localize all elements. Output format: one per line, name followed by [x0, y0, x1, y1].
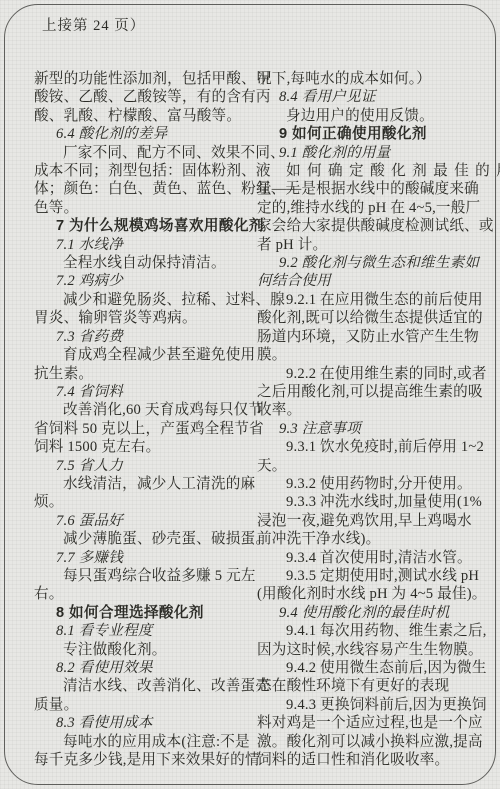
- text-line: 8.1 看专业程度: [34, 622, 243, 640]
- text-line: 8.4 看用户见证: [257, 88, 466, 106]
- text-line: 9.4 使用酸化剂的最佳时机: [257, 604, 466, 622]
- text-line: 9.3.4 首次使用时,清洁水管。: [257, 549, 466, 567]
- text-line: 酸化剂,既可以给微生态提供适宜的: [257, 309, 466, 327]
- text-line: 每吨水的应用成本(注意:不是: [34, 733, 243, 751]
- text-line: 9.1 酸化剂的用量: [257, 144, 466, 162]
- text-line: 况下,每吨水的成本如何。）: [257, 70, 466, 88]
- text-line: 9 如何正确使用酸化剂: [257, 125, 466, 143]
- text-line: 质量。: [34, 696, 243, 714]
- text-line: 9.3.1 饮水免疫时,前后停用 1~2: [257, 438, 466, 456]
- text-line: 之后用酸化剂,可以提高维生素的吸: [257, 383, 466, 401]
- text-line: 浸泡一夜,避免鸡饮用,早上鸡喝水: [257, 512, 466, 530]
- text-line: 体；颜色：白色、黄色、蓝色、粉红、无: [34, 180, 243, 198]
- text-line: 7 为什么规模鸡场喜欢用酸化剂: [34, 217, 243, 235]
- text-line: 9.2.2 在使用维生素的同时,或者: [257, 365, 466, 383]
- text-line: 全程水线自动保持清洁。: [34, 254, 243, 272]
- text-line: 态在酸性环境下有更好的表现: [257, 677, 466, 695]
- column-left: 新型的功能性添加剂，包括甲酸、甲酸铵、乙酸、乙酸铵等，有的含有丙酸、乳酸、柠檬酸…: [34, 70, 243, 769]
- column-right: 况下,每吨水的成本如何。）8.4 看用户见证身边用户的使用反馈。9 如何正确使用…: [257, 70, 466, 769]
- text-line: 天。: [257, 457, 466, 475]
- text-line: 7.2 鸡病少: [34, 272, 243, 290]
- text-line: 饲料 1500 克左右。: [34, 438, 243, 456]
- text-line: 育成鸡全程减少甚至避免使用: [34, 346, 243, 364]
- text-line: 身边用户的使用反馈。: [257, 107, 466, 125]
- text-line: 胃炎、输卵管炎等鸡病。: [34, 309, 243, 327]
- text-line: 9.3 注意事项: [257, 420, 466, 438]
- text-line: 9.4.2 使用微生态前后,因为微生: [257, 659, 466, 677]
- text-line: 8.3 看使用成本: [34, 714, 243, 732]
- text-line: 烦。: [34, 493, 243, 511]
- text-line: 7.3 省药费: [34, 328, 243, 346]
- article-body: 新型的功能性添加剂，包括甲酸、甲酸铵、乙酸、乙酸铵等，有的含有丙酸、乳酸、柠檬酸…: [34, 70, 466, 769]
- text-line: 色等。: [34, 199, 243, 217]
- text-line: 酸铵、乙酸、乙酸铵等，有的含有丙: [34, 88, 243, 106]
- text-line: 9.3.2 使用药物时,分开使用。: [257, 475, 466, 493]
- text-line: (用酸化剂时水线 pH 为 4~5 最佳)。: [257, 585, 466, 603]
- text-line: 料对鸡是一个适应过程,也是一个应: [257, 714, 466, 732]
- continuation-note: 上接第 24 页）: [42, 17, 466, 36]
- text-line: 9.4.3 更换饲料前后,因为更换饲: [257, 696, 466, 714]
- text-line: 饲料的适口性和消化吸收率。: [257, 751, 466, 769]
- text-line: 减少薄脆蛋、砂壳蛋、破损蛋。: [34, 530, 243, 548]
- text-line: 每千克多少钱,是用下来效果好的情: [34, 751, 243, 769]
- text-line: 何结合使用: [257, 272, 466, 290]
- text-line: 7.7 多赚钱: [34, 549, 243, 567]
- text-line: 7.5 省人力: [34, 457, 243, 475]
- text-line: 因为这时候,水线容易产生生物膜。: [257, 641, 466, 659]
- text-line: 抗生素。: [34, 365, 243, 383]
- text-line: 9.2.1 在应用微生态的前后使用: [257, 291, 466, 309]
- text-line: 9.3.5 定期使用时,测试水线 pH: [257, 567, 466, 585]
- text-line: 成本不同；剂型包括：固体粉剂、液: [34, 162, 243, 180]
- text-line: 酸、乳酸、柠檬酸、富马酸等。: [34, 107, 243, 125]
- text-line: 7.1 水线净: [34, 236, 243, 254]
- text-line: 者 pH 计。: [257, 236, 466, 254]
- text-line: 右。: [34, 585, 243, 603]
- text-line: 8 如何合理选择酸化剂: [34, 604, 243, 622]
- text-line: 专注做酸化剂。: [34, 641, 243, 659]
- text-line: 省饲料 50 克以上，产蛋鸡全程节省: [34, 420, 243, 438]
- text-line: 收率。: [257, 401, 466, 419]
- text-line: 厂家不同、配方不同、效果不同、: [34, 144, 243, 162]
- text-line: 8.2 看使用效果: [34, 659, 243, 677]
- text-line: 7.4 省饲料: [34, 383, 243, 401]
- text-line: 定的,维持水线的 pH 在 4~5,一般厂: [257, 199, 466, 217]
- text-line: 9.2 酸化剂与微生态和维生素如: [257, 254, 466, 272]
- text-line: 前冲洗干净水线)。: [257, 530, 466, 548]
- text-line: 减少和避免肠炎、拉稀、过料、腺: [34, 291, 243, 309]
- text-line: 9.3.3 冲洗水线时,加量使用(1%: [257, 493, 466, 511]
- text-line: 7.6 蛋品好: [34, 512, 243, 530]
- text-line: 6.4 酸化剂的差异: [34, 125, 243, 143]
- text-line: 改善消化,60 天育成鸡每只仅节: [34, 401, 243, 419]
- text-line: 膜。: [257, 346, 466, 364]
- text-line: 如何确定酸化剂最佳的用: [257, 162, 466, 180]
- text-line: 家会给大家提供酸碱度检测试纸、或: [257, 217, 466, 235]
- text-line: 量——是根据水线中的酸碱度来确: [257, 180, 466, 198]
- text-line: 清洁水线、改善消化、改善蛋壳: [34, 677, 243, 695]
- text-line: 9.4.1 每次用药物、维生素之后,: [257, 622, 466, 640]
- text-line: 新型的功能性添加剂，包括甲酸、甲: [34, 70, 243, 88]
- page-border: 上接第 24 页） 新型的功能性添加剂，包括甲酸、甲酸铵、乙酸、乙酸铵等，有的含…: [4, 4, 496, 785]
- text-line: 每只蛋鸡综合收益多赚 5 元左: [34, 567, 243, 585]
- text-line: 肠道内环境，又防止水管产生生物: [257, 328, 466, 346]
- text-line: 激。酸化剂可以减小换料应激,提高: [257, 733, 466, 751]
- text-line: 水线清洁，减少人工清洗的麻: [34, 475, 243, 493]
